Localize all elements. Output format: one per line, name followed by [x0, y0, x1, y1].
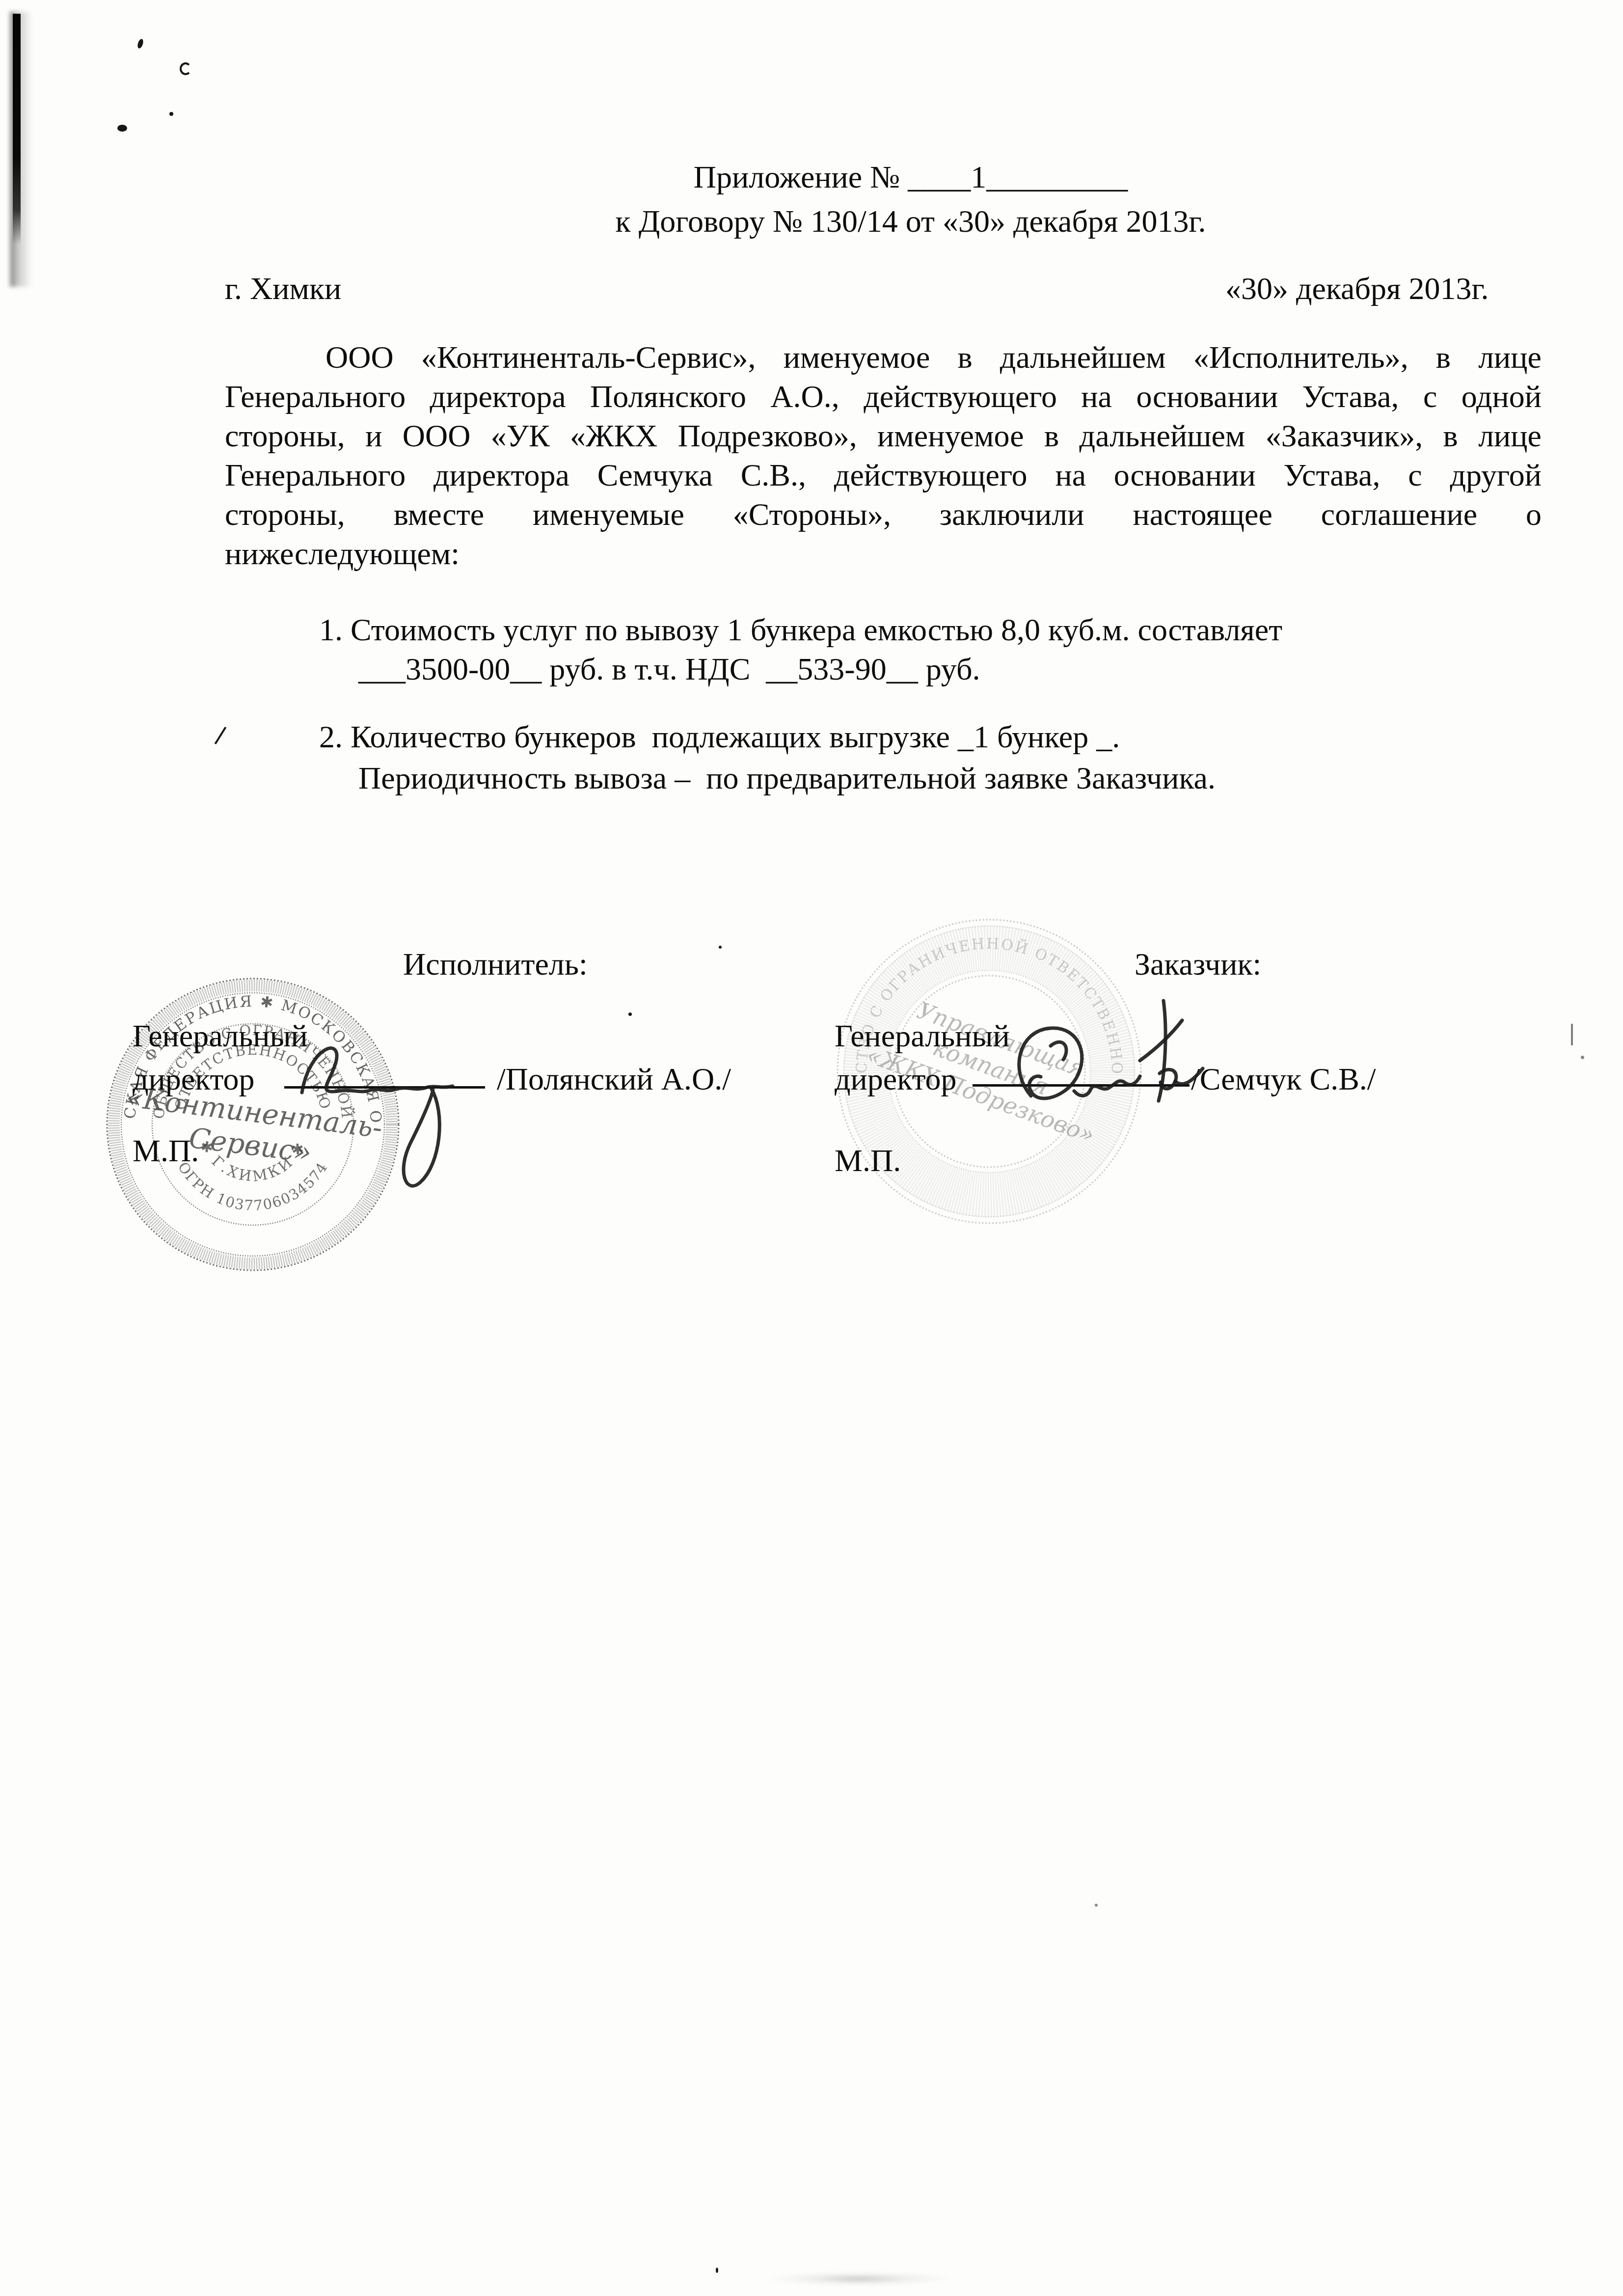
scan-artifact-bar — [13, 14, 21, 245]
scan-speck — [719, 946, 722, 949]
preamble-line: Генерального директора Полянского А.О., … — [225, 377, 1542, 416]
appendix-number: 1 — [971, 160, 986, 194]
city-label: г. Химки — [225, 269, 341, 308]
executor-seal-mark: М.П. — [133, 1131, 199, 1171]
appendix-title-line: Приложение № ____1_________ — [201, 156, 1620, 198]
customer-seal-mark: М.П. — [835, 1141, 901, 1180]
scan-speck — [1095, 1904, 1098, 1907]
preamble-line: стороны, вместе именуемые «Стороны», зак… — [225, 495, 1542, 534]
scan-smudge-bottom — [766, 2272, 952, 2285]
scan-speck — [628, 1012, 632, 1016]
scan-speck — [716, 2268, 718, 2273]
blank-underscore-run: ____ — [900, 160, 971, 194]
executor-handwritten-signature — [275, 1002, 506, 1208]
executor-role-header: Исполнитель: — [403, 945, 588, 984]
scan-speck — [1571, 1024, 1573, 1045]
scan-speck — [1581, 1056, 1584, 1059]
scan-speck — [215, 727, 227, 744]
item-2-line-2: Периодичность вывоза – по предварительно… — [358, 757, 1216, 799]
preamble-line: ООО «Континенталь-Сервис», именуемое в д… — [225, 338, 1542, 377]
scan-speck — [169, 112, 173, 116]
item-1-line-2: ___3500-00__ руб. в т.ч. НДС __533-90__ … — [358, 648, 980, 690]
preamble-line: стороны, и ООО «УК «ЖКХ Подрезково», име… — [225, 416, 1542, 456]
scan-speck — [136, 38, 144, 49]
contract-reference-line: к Договору № 130/14 от «30» декабря 2013… — [201, 200, 1620, 243]
scanned-document-page: Приложение № ____1_________ к Договору №… — [0, 0, 1623, 2296]
item-2-line-1: 2. Количество бункеров подлежащих выгруз… — [319, 716, 1120, 758]
customer-handwritten-signature — [957, 977, 1232, 1139]
date-label: «30» декабря 2013г. — [1225, 269, 1489, 308]
customer-title-line2: директор — [835, 1060, 957, 1099]
preamble-paragraph: ООО «Континенталь-Сервис», именуемое в д… — [225, 338, 1542, 574]
preamble-line: Генерального директора Семчука С.В., дей… — [225, 456, 1542, 495]
scan-speck — [180, 62, 191, 75]
blank-underscore-run: _________ — [986, 160, 1128, 194]
executor-title-line2: директор — [133, 1060, 255, 1099]
item-1-line-1: 1. Стоимость услуг по вывозу 1 бункера е… — [319, 609, 1282, 651]
appendix-label: Приложение № — [694, 160, 900, 194]
scan-speck — [117, 125, 127, 132]
executor-name: /Полянский А.О./ — [497, 1060, 731, 1099]
preamble-line: нижеследующем: — [225, 534, 1542, 574]
